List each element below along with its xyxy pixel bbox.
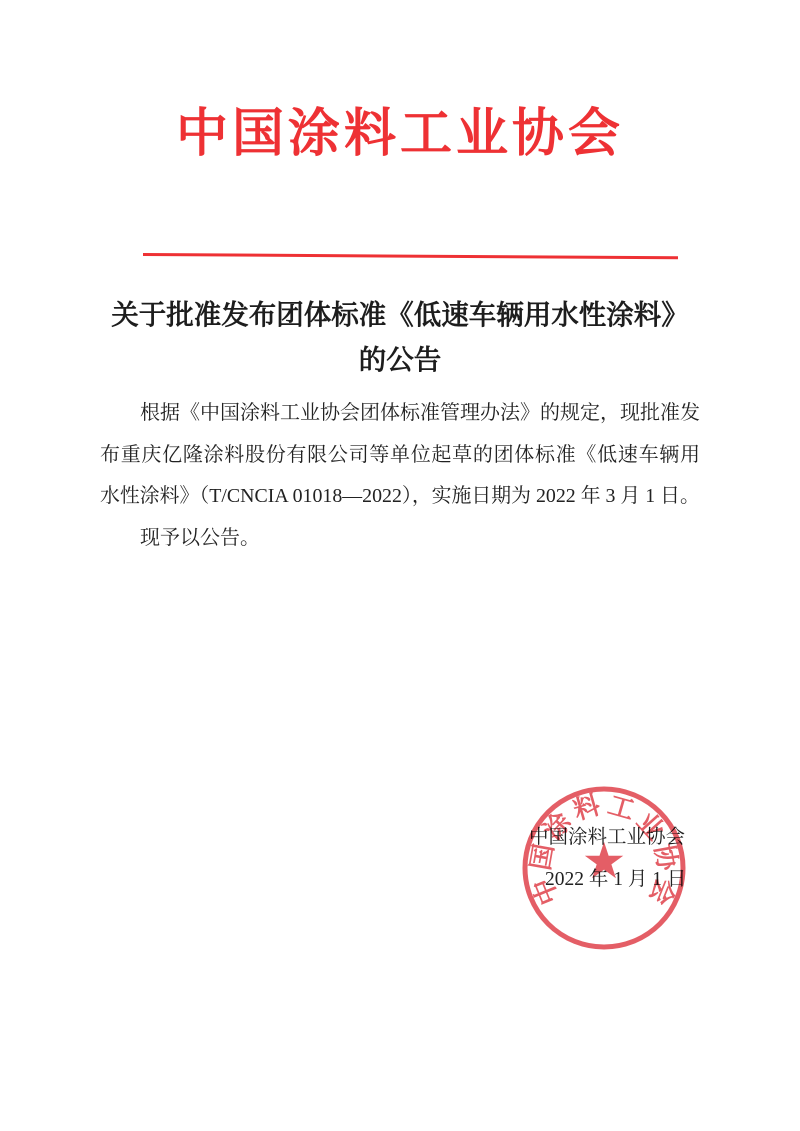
seal-ring-char: 国 <box>526 842 559 873</box>
seal-star-icon: ★ <box>582 832 627 890</box>
letterhead-title: 中国涂料工业协会 <box>0 100 800 170</box>
letterhead-divider <box>143 253 678 259</box>
seal-ring-char: 工 <box>605 790 638 825</box>
body-line: 水性涂料》（T/CNCIA 01018—2022），实施日期为 2022 年 3… <box>100 476 696 518</box>
document-body: 根据《中国涂料工业协会团体标准管理办法》的规定，现批准发 布重庆亿隆涂料股份有限… <box>100 393 700 559</box>
body-line: 布重庆亿隆涂料股份有限公司等单位起草的团体标准《低速车辆用 <box>100 435 700 477</box>
official-seal: 中国涂料工业协会 ★ <box>519 783 689 953</box>
document-title: 关于批准发布团体标准《低速车辆用水性涂料》 的公告 <box>0 292 800 382</box>
body-line: 根据《中国涂料工业协会团体标准管理办法》的规定，现批准发 <box>100 393 700 435</box>
seal-ring-char: 业 <box>631 807 670 846</box>
seal-ring-char: 涂 <box>538 807 577 846</box>
body-line: 现予以公告。 <box>100 518 700 560</box>
document-title-line-1: 关于批准发布团体标准《低速车辆用水性涂料》 <box>0 292 800 337</box>
document-title-line-2: 的公告 <box>0 337 800 382</box>
seal-ring-char: 料 <box>570 790 603 825</box>
seal-ring-char: 协 <box>649 842 682 874</box>
document-page: 中国涂料工业协会 关于批准发布团体标准《低速车辆用水性涂料》 的公告 根据《中国… <box>0 0 800 1131</box>
